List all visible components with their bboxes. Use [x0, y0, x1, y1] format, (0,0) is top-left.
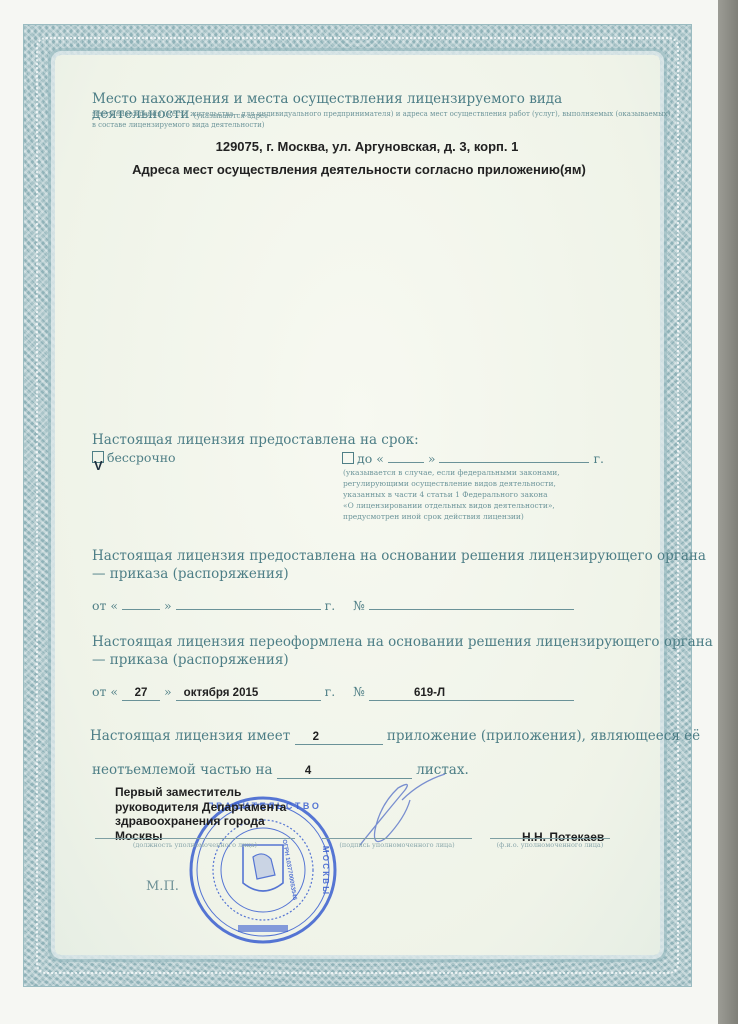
check-mark: V — [94, 458, 103, 473]
reissue-number-label: № — [353, 684, 365, 699]
until-date-field[interactable] — [439, 462, 589, 463]
until-note-line: (указывается в случае, если федеральными… — [343, 467, 603, 478]
reissue-year-suffix: г. — [325, 684, 336, 699]
grant-heading-2: — приказа (распоряжения) — [92, 566, 289, 582]
appendix-text-3: неотъемлемой частью на — [92, 762, 273, 778]
signatory-position: Первый заместитель руководителя Департам… — [115, 785, 286, 843]
unlimited-label: бессрочно — [107, 450, 176, 465]
caption-signature: (подпись уполномоченного лица) — [322, 841, 472, 849]
term-heading: Настоящая лицензия предоставлена на срок… — [92, 432, 419, 448]
appendix-count-field[interactable]: 2 — [295, 731, 383, 745]
until-checkbox[interactable] — [342, 452, 354, 464]
scanner-edge — [718, 0, 738, 1024]
reissue-number-field[interactable]: 619-Л — [369, 687, 574, 701]
license-page: Место нахождения и места осуществления л… — [0, 0, 718, 1024]
grant-number-label: № — [353, 598, 365, 613]
position-line: руководителя Департамента — [115, 800, 286, 815]
addresses-note: Адреса мест осуществления деятельности с… — [0, 162, 718, 177]
until-note: (указывается в случае, если федеральными… — [343, 467, 603, 522]
signature-line — [322, 838, 472, 839]
location-note-line-3: в составе лицензируемого вида деятельнос… — [92, 120, 265, 131]
reissue-day-field[interactable]: 27 — [122, 687, 160, 701]
position-signature-line — [95, 838, 295, 839]
grant-day-field[interactable] — [122, 609, 160, 610]
reissue-from-mid: » — [164, 684, 172, 699]
position-line: здравоохранения города — [115, 814, 286, 829]
position-line: Первый заместитель — [115, 785, 286, 800]
appendix-text-1: Настоящая лицензия имеет — [90, 728, 290, 744]
reissue-date-field[interactable]: октября 2015 — [176, 687, 321, 701]
until-mid: » — [428, 451, 436, 466]
caption-name: (ф.и.о. уполномоченного лица) — [490, 841, 610, 849]
reissue-from-prefix: от « — [92, 684, 118, 699]
svg-text:М О С К В Ы: М О С К В Ы — [321, 846, 330, 894]
grant-from-prefix: от « — [92, 598, 118, 613]
reissue-heading: Настоящая лицензия переоформлена на осно… — [92, 634, 713, 650]
until-note-line: указанных в части 4 статьи 1 Федеральног… — [343, 489, 603, 500]
until-day-field[interactable] — [388, 462, 424, 463]
term-until-option[interactable]: до « » г. — [342, 451, 604, 466]
until-note-line: регулирующими осуществление видов деятел… — [343, 478, 603, 489]
grant-date-field[interactable] — [176, 609, 321, 610]
reissue-order-line: от « 27 » октября 2015 г. № 619-Л — [92, 684, 574, 701]
name-signature-line — [490, 838, 610, 839]
grant-from-mid: » — [164, 598, 172, 613]
signature-scribble — [350, 760, 450, 850]
location-note-line-2: места нахождения (места жительства – для… — [92, 109, 632, 120]
grant-year-suffix: г. — [325, 598, 336, 613]
grant-order-line: от « » г. № — [92, 598, 574, 613]
grant-heading: Настоящая лицензия предоставлена на осно… — [92, 548, 706, 564]
caption-position: (должность уполномоченного лица) — [95, 841, 295, 849]
reissue-heading-2: — приказа (распоряжения) — [92, 652, 289, 668]
term-unlimited-option[interactable]: бессрочно — [92, 450, 176, 465]
appendix-text-2: приложение (приложения), являющееся её — [387, 728, 700, 744]
until-prefix: до « — [357, 451, 384, 466]
until-suffix: г. — [593, 451, 604, 466]
appendix-line-1: Настоящая лицензия имеет 2 приложение (п… — [90, 728, 700, 745]
address: 129075, г. Москва, ул. Аргуновская, д. 3… — [0, 139, 726, 154]
until-note-line: предусмотрен иной срок действия лицензии… — [343, 511, 603, 522]
seal-label: М.П. — [146, 879, 179, 894]
until-note-line: «О лицензировании отдельных видов деятел… — [343, 500, 603, 511]
grant-number-field[interactable] — [369, 609, 574, 610]
